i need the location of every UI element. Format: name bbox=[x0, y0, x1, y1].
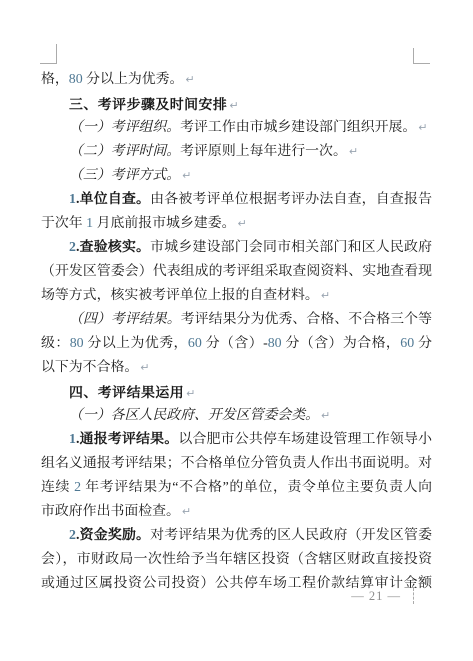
text-line: （开发区管委会）代表组成的考评组采取查阅资料、实地查看现 bbox=[41, 260, 432, 284]
text-run: 由各被考评单位根据考评办法自查，自查报告 bbox=[150, 192, 432, 207]
paragraph-mark-icon: ↵ bbox=[418, 121, 427, 134]
text-run: （开发区管委会）代表组成的考评组采取查阅资料、实地查看现 bbox=[41, 264, 432, 279]
paragraph-mark-icon: ↵ bbox=[229, 99, 238, 112]
text-line: 级：80 分以上为优秀，60 分（含）-80 分（含）为合格，60 分 bbox=[41, 332, 432, 356]
text-run: 级：80 分以上为优秀，60 分（含）-80 分（含）为合格，60 分 bbox=[41, 336, 432, 351]
paragraph-mark-icon: ↵ bbox=[186, 387, 195, 400]
numeric-text: 2 bbox=[69, 528, 76, 543]
paragraph-mark-icon: ↵ bbox=[185, 73, 194, 86]
text-line: （二）考评时间。考评原则上每年进行一次。↵ bbox=[41, 140, 432, 164]
text-run: （二）考评时间。 bbox=[69, 144, 180, 159]
text-line: 市政府作出书面检查。↵ bbox=[41, 500, 432, 524]
text-run: 格，80 分以上为优秀。 bbox=[41, 72, 183, 87]
numeric-text: 2 bbox=[74, 480, 81, 495]
text-run: （四）考评结果。 bbox=[69, 312, 181, 327]
text-line: （一）各区人民政府、开发区管委会类。↵ bbox=[41, 404, 432, 428]
text-line: 于次年 1 月底前报市城乡建委。↵ bbox=[41, 212, 432, 236]
text-line: 会），市财政局一次性给予当年辖区投资（含辖区财政直接投资 bbox=[41, 548, 432, 572]
text-run: 对考评结果为优秀的区人民政府（开发区管委 bbox=[150, 528, 432, 543]
text-run: 三、考评步骤及时间安排 bbox=[69, 96, 227, 112]
text-run: 2.查验核实。 bbox=[69, 240, 150, 255]
page-number: — 21 — bbox=[351, 589, 401, 604]
paragraph-mark-icon: ↵ bbox=[321, 409, 330, 422]
text-run: 四、考评结果运用 bbox=[69, 384, 184, 400]
text-line: 1.通报考评结果。以合肥市公共停车场建设管理工作领导小 bbox=[41, 428, 432, 452]
text-run: 考评工作由市城乡建设部门组织开展。 bbox=[180, 120, 416, 135]
text-line: 2.资金奖励。对考评结果为优秀的区人民政府（开发区管委 bbox=[41, 524, 432, 548]
text-run: （一）各区人民政府、开发区管委会类。 bbox=[69, 408, 319, 423]
text-line: 连续 2 年考评结果为“不合格”的单位，责令单位主要负责人向 bbox=[41, 476, 432, 500]
text-run: （一）考评组织。 bbox=[69, 120, 180, 135]
text-run: 连续 2 年考评结果为“不合格”的单位，责令单位主要负责人向 bbox=[41, 480, 432, 495]
numeric-text: 1 bbox=[86, 216, 93, 231]
text-line: （三）考评方式。↵ bbox=[41, 164, 432, 188]
text-line: （一）考评组织。考评工作由市城乡建设部门组织开展。↵ bbox=[41, 116, 432, 140]
text-run: 1.单位自查。 bbox=[69, 192, 150, 207]
paragraph-mark-icon: ↵ bbox=[321, 289, 330, 302]
text-run: 以合肥市公共停车场建设管理工作领导小 bbox=[178, 432, 432, 447]
text-run: 考评原则上每年进行一次。 bbox=[180, 144, 347, 159]
text-run: 1.通报考评结果。 bbox=[69, 432, 178, 447]
numeric-text: 80 bbox=[69, 72, 83, 87]
text-run: 市城乡建设部门会同市相关部门和区人民政府 bbox=[150, 240, 432, 255]
paragraph-mark-icon: ↵ bbox=[140, 361, 149, 374]
text-line: 组名义通报考评结果；不合格单位分管负责人作出书面说明。对 bbox=[41, 452, 432, 476]
text-run: 组名义通报考评结果；不合格单位分管负责人作出书面说明。对 bbox=[41, 456, 432, 471]
text-line: 以下为不合格。↵ bbox=[41, 356, 432, 380]
text-run: 于次年 1 月底前报市城乡建委。 bbox=[41, 216, 236, 231]
paragraph-mark-icon: ↵ bbox=[182, 169, 191, 182]
text-line: 1.单位自查。由各被考评单位根据考评办法自查，自查报告 bbox=[41, 188, 432, 212]
text-run: 场等方式，核实被考评单位上报的自查材料。 bbox=[41, 288, 319, 303]
text-line: 格，80 分以上为优秀。↵ bbox=[41, 68, 432, 92]
crop-mark-top-left-icon bbox=[40, 44, 57, 64]
text-line: 四、考评结果运用↵ bbox=[41, 380, 432, 404]
crop-mark-top-right-icon bbox=[413, 48, 430, 64]
text-line: （四）考评结果。考评结果分为优秀、合格、不合格三个等 bbox=[41, 308, 432, 332]
text-line: 三、考评步骤及时间安排↵ bbox=[41, 92, 432, 116]
text-run: 考评结果分为优秀、合格、不合格三个等 bbox=[181, 312, 432, 327]
text-run: （三）考评方式。 bbox=[69, 168, 180, 183]
text-run: 以下为不合格。 bbox=[41, 360, 138, 375]
text-run: 市政府作出书面检查。 bbox=[41, 504, 180, 519]
numeric-text: 2 bbox=[69, 240, 76, 255]
numeric-text: 80 bbox=[70, 336, 84, 351]
text-run: 2.资金奖励。 bbox=[69, 528, 150, 543]
text-line: 2.查验核实。市城乡建设部门会同市相关部门和区人民政府 bbox=[41, 236, 432, 260]
paragraph-mark-icon: ↵ bbox=[349, 145, 358, 158]
paragraph-mark-icon: ↵ bbox=[182, 505, 191, 518]
document-page: 格，80 分以上为优秀。↵三、考评步骤及时间安排↵（一）考评组织。考评工作由市城… bbox=[0, 0, 473, 661]
numeric-text: 1 bbox=[69, 192, 76, 207]
text-run: 会），市财政局一次性给予当年辖区投资（含辖区财政直接投资 bbox=[41, 552, 432, 567]
paragraph-mark-icon: ↵ bbox=[238, 217, 247, 230]
numeric-text: 80 bbox=[268, 336, 282, 351]
numeric-text: 60 bbox=[188, 336, 202, 351]
text-line: 场等方式，核实被考评单位上报的自查材料。↵ bbox=[41, 284, 432, 308]
numeric-text: 1 bbox=[69, 432, 76, 447]
numeric-text: 60 bbox=[400, 336, 414, 351]
document-body: 格，80 分以上为优秀。↵三、考评步骤及时间安排↵（一）考评组织。考评工作由市城… bbox=[41, 68, 432, 596]
